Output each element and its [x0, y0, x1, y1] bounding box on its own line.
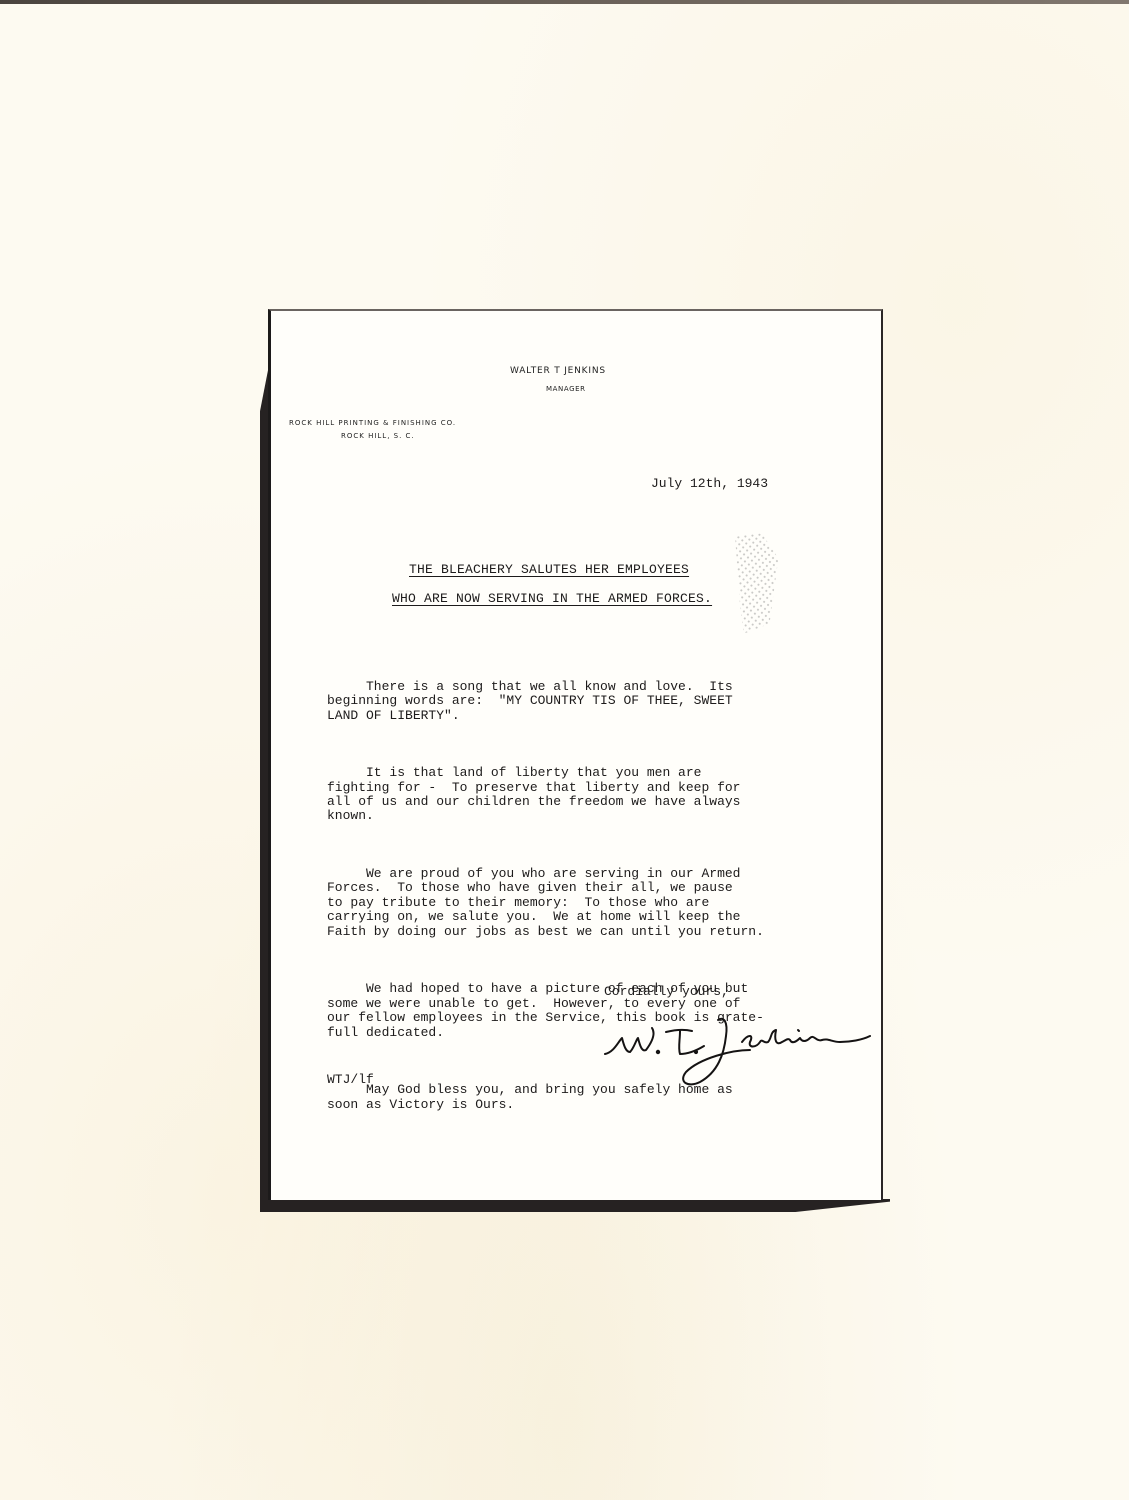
company-city: ROCK HILL, S. C.: [341, 432, 415, 440]
headline-line-2: WHO ARE NOW SERVING IN THE ARMED FORCES.: [392, 591, 712, 606]
company-name: ROCK HILL PRINTING & FINISHING CO.: [289, 419, 456, 427]
closing: Cordially yours,: [604, 984, 729, 999]
letter-shadow-bottom: [260, 1199, 890, 1212]
headline-line-1: THE BLEACHERY SALUTES HER EMPLOYEES: [409, 562, 689, 577]
paragraph-2: It is that land of liberty that you men …: [327, 766, 764, 824]
page-top-edge: [0, 0, 1129, 4]
handwritten-signature: [600, 1012, 892, 1092]
paragraph-3: We are proud of you who are serving in o…: [327, 867, 764, 939]
letterhead-title: MANAGER: [546, 385, 586, 393]
reference-initials: WTJ/lf: [327, 1072, 374, 1087]
letterhead-name: WALTER T JENKINS: [510, 366, 606, 376]
paragraph-1: There is a song that we all know and lov…: [327, 680, 764, 723]
letter-date: July 12th, 1943: [651, 476, 768, 491]
